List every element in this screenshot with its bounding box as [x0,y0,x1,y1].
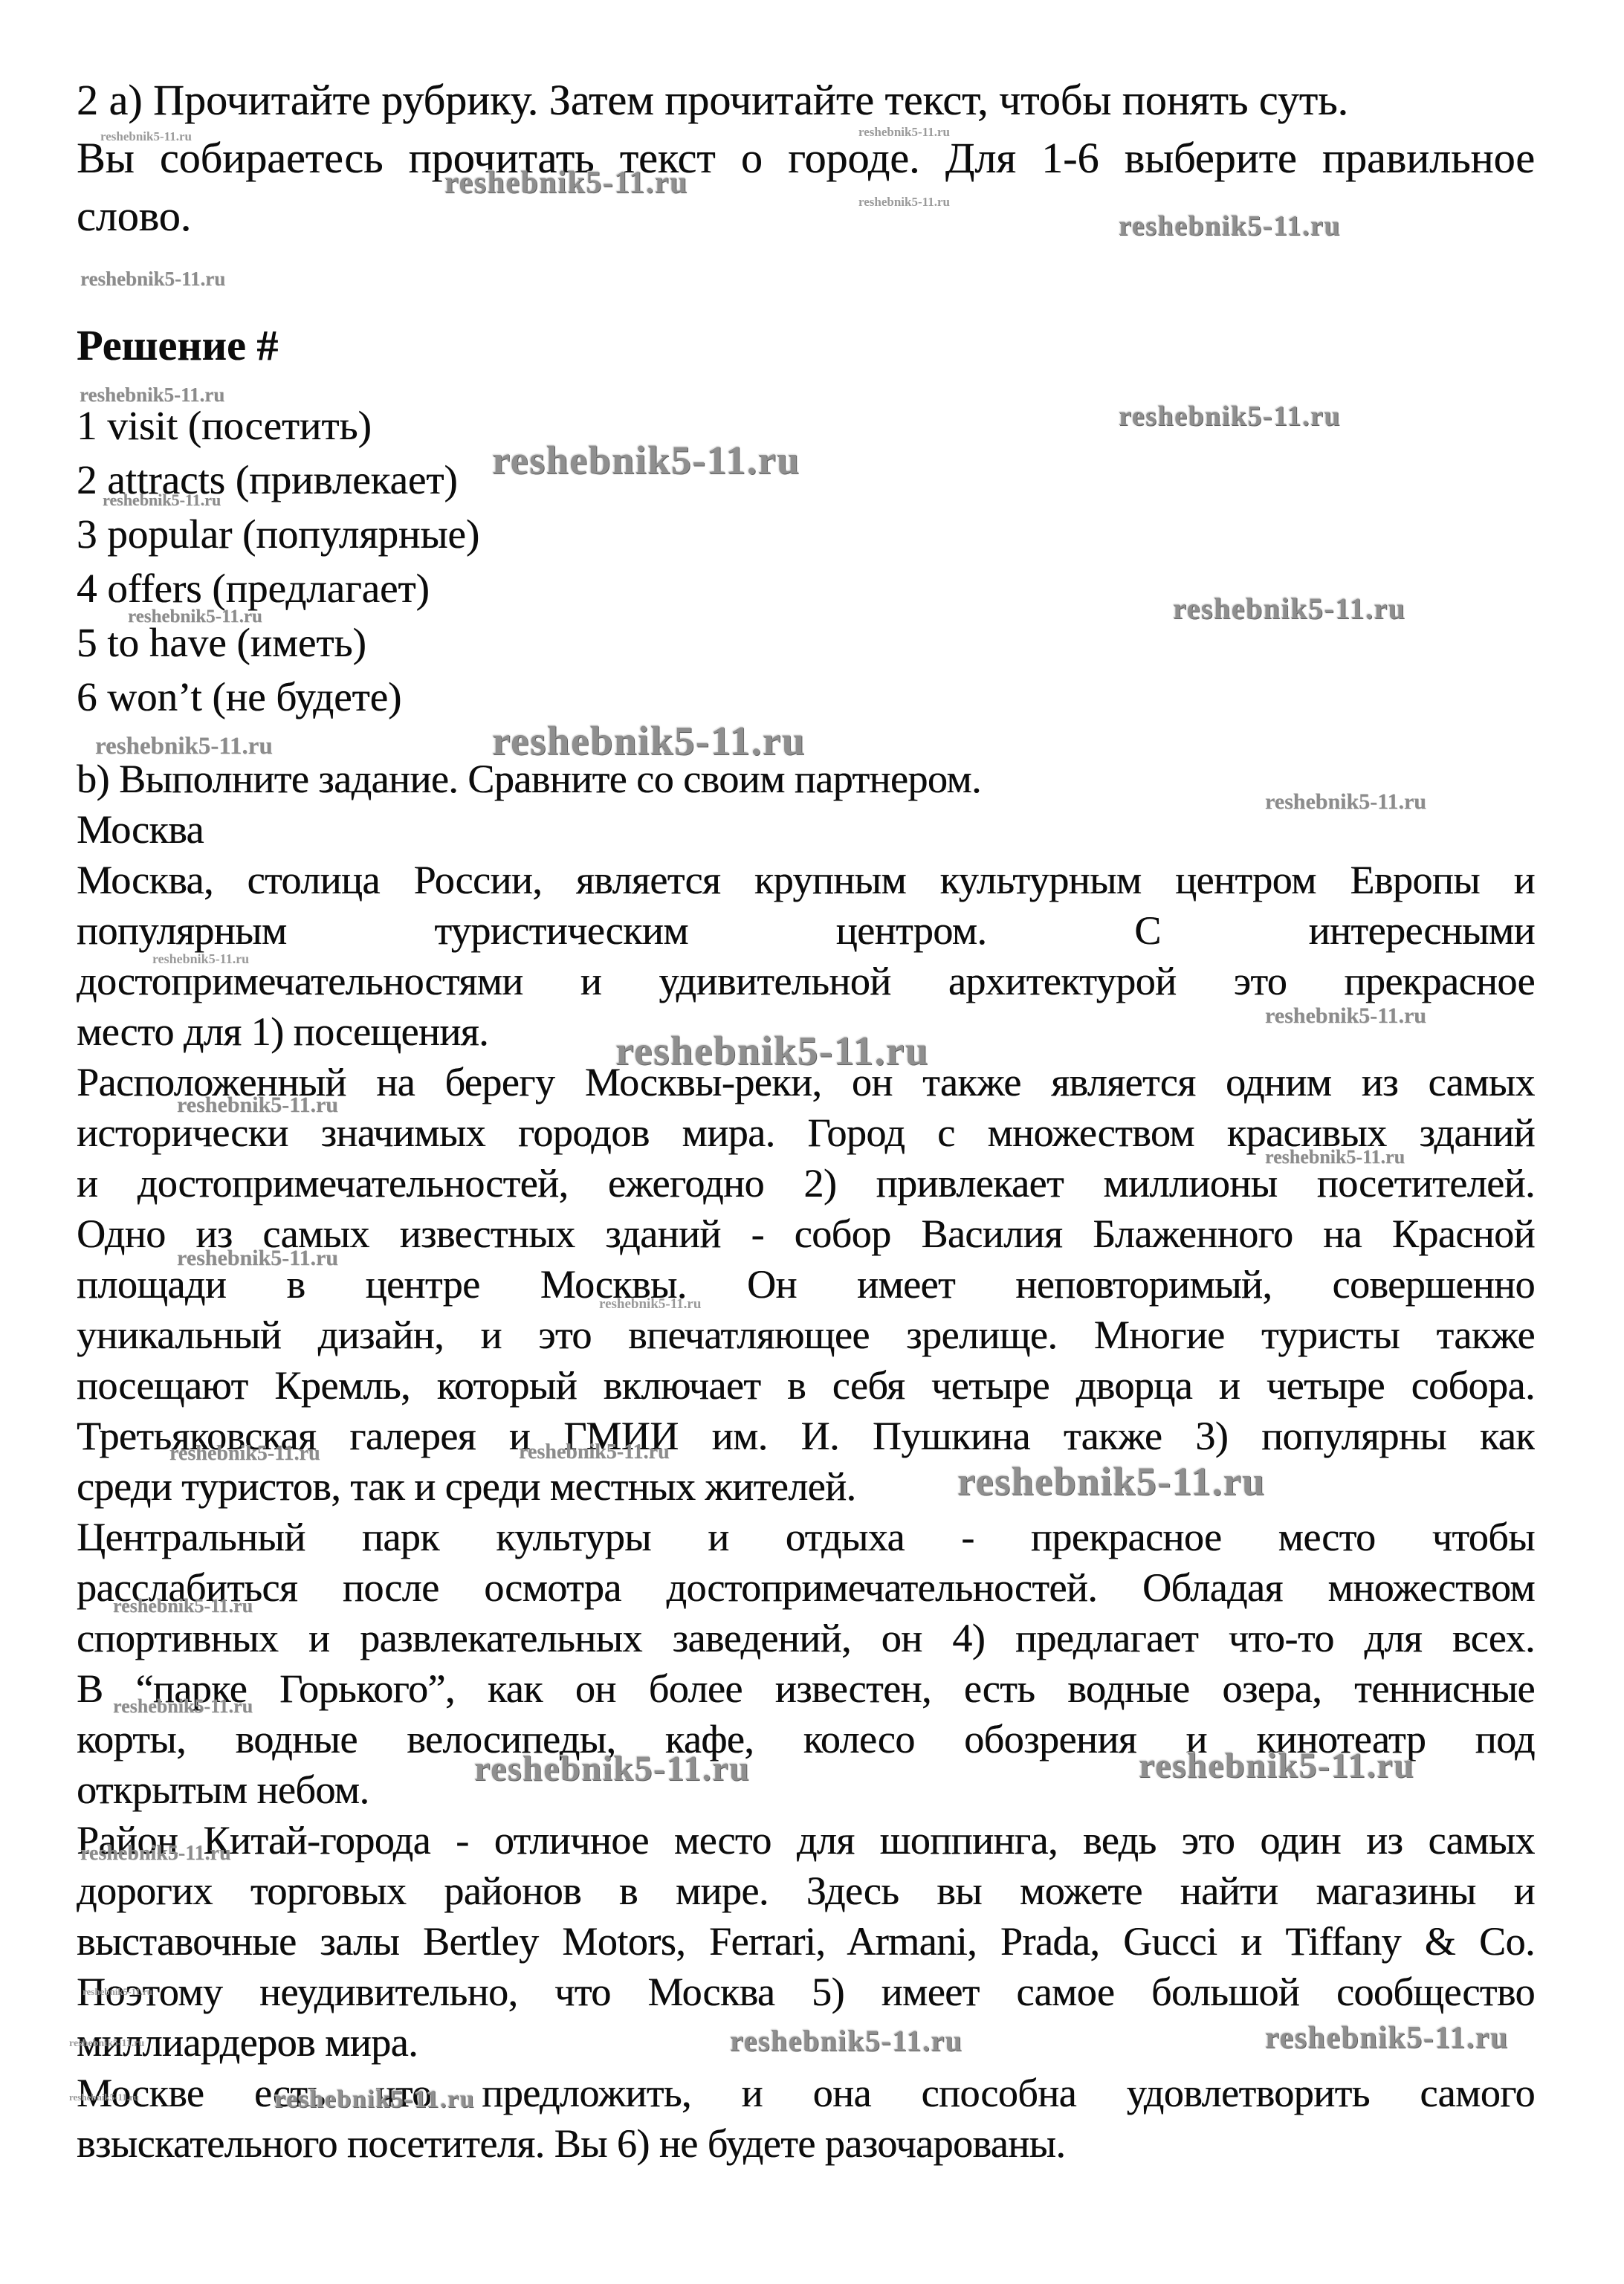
text-line: площади в центре Москвы. Он имеет неповт… [77,1259,1535,1310]
text-line: миллиардеров мира. [77,2017,1535,2068]
answers-list: 1 visit (посетить) 2 attracts (привлекае… [77,398,1535,724]
part-b-section: b) Выполните задание. Сравните со своим … [77,754,1535,2169]
text-line: корты, водные велосипеды, кафе, колесо о… [77,1714,1535,1764]
task-intro-line-end: слово. [77,187,1535,245]
answer-item: 6 won’t (не будете) [77,670,1535,724]
task-intro-line: Вы собираетесь прочитать текст о городе.… [77,129,1535,187]
part-b-instruction: b) Выполните задание. Сравните со своим … [77,754,1535,804]
answer-item: 5 to have (иметь) [77,615,1535,670]
text-line: Расположенный на берегу Москвы-реки, он … [77,1057,1535,1107]
text-line: и достопримечательностей, ежегодно 2) пр… [77,1158,1535,1209]
text-line: В “парке Горького”, как он более известе… [77,1663,1535,1714]
text-line: дорогих торговых районов в мире. Здесь в… [77,1866,1535,1916]
text-line: исторически значимых городов мира. Город… [77,1107,1535,1158]
text-line: среди туристов, так и среди местных жите… [77,1461,1535,1512]
text-line: расслабиться после осмотра достопримечат… [77,1562,1535,1613]
document-page: 2 a) Прочитайте рубрику. Затем прочитайт… [0,0,1624,2284]
text-line: открытым небом. [77,1764,1535,1815]
text-line: уникальный дизайн, и это впечатляющее зр… [77,1310,1535,1360]
text-line: место для 1) посещения. [77,1006,1535,1057]
text-line: посещают Кремль, который включает в себя… [77,1360,1535,1411]
text-line: Поэтому неудивительно, что Москва 5) име… [77,1967,1535,2017]
task-header: 2 a) Прочитайте рубрику. Затем прочитайт… [77,71,1535,129]
answer-item: 1 visit (посетить) [77,398,1535,453]
answer-item: 2 attracts (привлекает) [77,453,1535,507]
text-line: Москва, столица России, является крупным… [77,855,1535,905]
text-title: Москва [77,804,1535,855]
text-line: выставочные залы Bertley Motors, Ferrari… [77,1916,1535,1967]
text-line: Третьяковская галерея и ГМИИ им. И. Пушк… [77,1411,1535,1461]
text-line: популярным туристическим центром. С инте… [77,905,1535,956]
text-line: Москве есть что предложить, и она способ… [77,2068,1535,2118]
text-line: Район Китай-города - отличное место для … [77,1815,1535,1866]
text-line: Центральный парк культуры и отдыха - пре… [77,1512,1535,1562]
answer-item: 4 offers (предлагает) [77,561,1535,615]
text-line: спортивных и развлекательных заведений, … [77,1613,1535,1663]
text-line: достопримечательностями и удивительной а… [77,956,1535,1006]
document-content: 2 a) Прочитайте рубрику. Затем прочитайт… [77,0,1535,2169]
answer-item: 3 popular (популярные) [77,507,1535,561]
text-line: Одно из самых известных зданий - собор В… [77,1209,1535,1259]
text-line: взыскательного посетителя. Вы 6) не буде… [77,2118,1535,2169]
solution-heading: Решение # [77,320,1535,372]
